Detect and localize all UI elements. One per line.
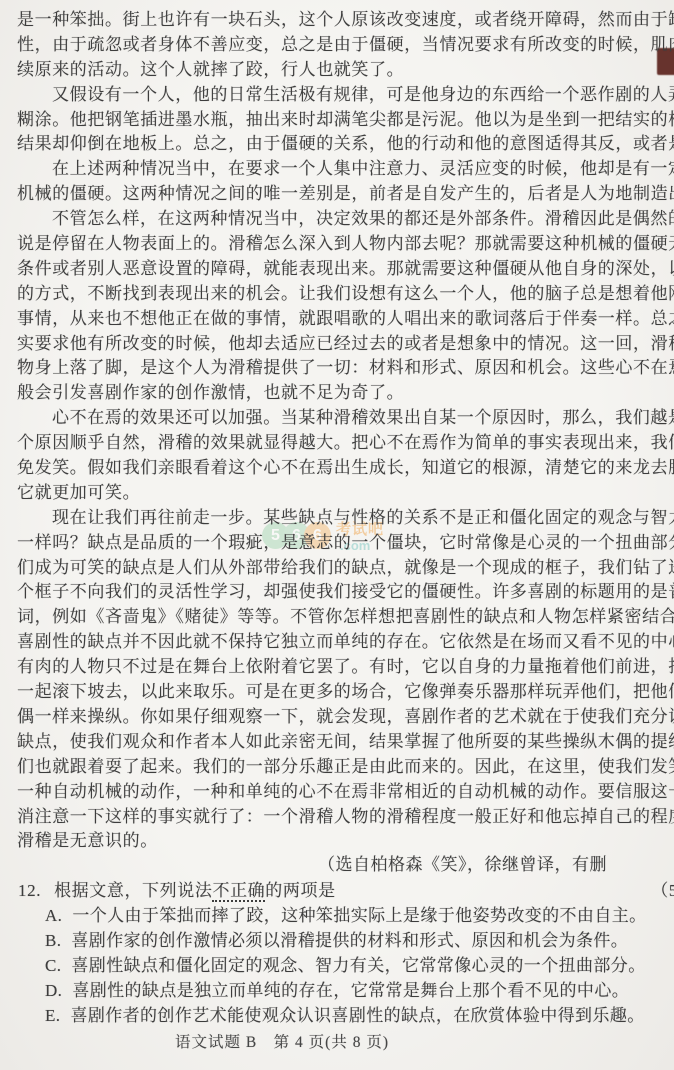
passage-line: 个原因顺乎自然，滑稽的效果就显得越大。把心不在焉作为简单的事实表现出来，我们已 [0, 431, 674, 456]
passage-line: 们也就跟着耍了起来。我们的一部分乐趣正是由此而来的。因此，在这里，使我们发笑的 [0, 755, 674, 780]
question-text-post: 的两项是 [265, 881, 335, 900]
option-row: A.一个人由于笨拙而摔了跤，这种笨拙实际上是缘于他姿势改变的不由自主。 [0, 903, 674, 928]
question-12: 12.根据文意，下列说法不正确的两项是 （5 [0, 878, 674, 903]
passage-line: 现在让我们再往前走一步。某些缺点与性格的关系不是正和僵化固定的观念与智力的 [0, 506, 674, 531]
question-text-pre: 根据文意，下列说法 [54, 881, 212, 900]
passage-line: 又假设有一个人，他的日常生活极有规律，可是他身边的东西给一个恶作剧的人弄得 [0, 83, 674, 108]
passage-line: 条件或者别人恶意设置的障碍，就能表现出来。那就需要这种僵硬从他自身的深处，以很 [0, 257, 674, 282]
passage-line: 结果却仰倒在地板上。总之，由于僵硬的关系，他的行动和他的意图适得其反，或者是处处… [0, 132, 674, 157]
option-row: C.喜剧性缺点和僵化固定的观念、智力有关，它常常像心灵的一个扭曲部分。 [0, 953, 674, 978]
passage-line: 糊涂。他把钢笔插进墨水瓶，抽出来时却满笔尖都是污泥。他以为是坐到一把结实的椅子 [0, 108, 674, 133]
passage-line: 一起滚下坡去，以此来取乐。可是在更多的场合，它像弹奏乐器那样玩弄他们，把他们当 [0, 680, 674, 705]
passage-line: 事情，从来也不想他正在做的事情，就跟唱歌的人唱出来的歌词落后于伴奏一样。总之， [0, 307, 674, 332]
option-label: A. [45, 906, 62, 925]
passage-line: 的方式，不断找到表现出来的机会。让我们设想有这么一个人，他的脑子总是想着他刚做 [0, 282, 674, 307]
option-row: D.喜剧性的缺点是独立而单纯的存在，它常常是舞台上那个看不见的中心。 [0, 978, 674, 1003]
question-number: 12. [0, 881, 41, 900]
option-text: 喜剧作者的创作艺术能使观众认识喜剧性的缺点，在欣赏体验中得到乐趣。 [70, 1006, 644, 1025]
passage-line: 一种自动机械的动作，一种和单纯的心不在焉非常相近的自动机械的动作。要信服这一点， [0, 780, 674, 805]
passage-line: 机械的僵硬。这两种情况之间的唯一差别是，前者是自发产生的，后者是人为地制造出来的 [0, 182, 674, 207]
option-text: 喜剧性的缺点是独立而单纯的存在，它常常是舞台上那个看不见的中心。 [72, 981, 629, 1000]
option-label: C. [45, 956, 61, 975]
passage-line: 缺点，使我们观众和作者本人如此亲密无间，结果掌握了他所耍的某些操纵木偶的提线， [0, 730, 674, 755]
passage-line: 性，由于疏忽或者身体不善应变，总之是由于僵硬，当情况要求有所改变的时候，肌肉还 [0, 33, 674, 58]
passage-line: 不管怎么样，在这两种情况当中，决定效果的都还是外部条件。滑稽因此是偶然的， [0, 207, 674, 232]
option-label: E. [45, 1006, 60, 1025]
options-list: A.一个人由于笨拙而摔了跤，这种笨拙实际上是缘于他姿势改变的不由自主。B.喜剧作… [0, 903, 674, 1028]
passage-line: 免发笑。假如我们亲眼看着这个心不在焉出生成长，知道它的根源，清楚它的来龙去脉， [0, 456, 674, 481]
passage-line: 是一种笨拙。街上也许有一块石头，这个人原该改变速度，或者绕开障碍，然而由于缺乏 [0, 8, 674, 33]
option-row: E.喜剧作者的创作艺术能使观众认识喜剧性的缺点，在欣赏体验中得到乐趣。 [0, 1003, 674, 1028]
scanned-exam-page: 5 6 6 考试吧 .com 是一种笨拙。街上也许有一块石头，这个人原该改变速度… [0, 0, 674, 1070]
passage-line: 喜剧性的缺点并不因此就不保持它独立而单纯的存在。它依然是在场而又看不见的中心， [0, 630, 674, 655]
passage-line: 它就更加可笑。 [0, 481, 674, 506]
passage-line: 消注意一下这样的事实就行了：一个滑稽人物的滑稽程度一般正好和他忘掉自己的程度相 [0, 805, 674, 830]
passage-line: 滑稽是无意识的。 [0, 829, 674, 854]
passage-text: 是一种笨拙。街上也许有一块石头，这个人原该改变速度，或者绕开障碍，然而由于缺乏性… [0, 8, 674, 854]
option-text: 一个人由于笨拙而摔了跤，这种笨拙实际上是缘于他姿势改变的不由自主。 [72, 906, 646, 925]
passage-line: 说是停留在人物表面上的。滑稽怎么深入到人物内部去呢？那就需要这种机械的僵硬无需 [0, 232, 674, 257]
passage-line: 实要求他有所改变的时候，他却去适应已经过去的或者是想象中的情况。这一回，滑稽就 [0, 332, 674, 357]
page-footer: 语文试题 B 第 4 页(共 8 页) [0, 1031, 619, 1055]
passage-line: 有肉的人物只不过是在舞台上依附着它罢了。有时，它以自身的力量拖着他们前进，拽着 [0, 655, 674, 680]
passage-line: 一样吗？缺点是品质的一个瑕疵，是意志的一个僵块，它时常像是心灵的一个扭曲部分。 [0, 531, 674, 556]
passage-line: 偶一样来操纵。你如果仔细观察一下，就会发现，喜剧作者的艺术就在于使我们充分认识 [0, 705, 674, 730]
option-label: B. [45, 931, 61, 950]
option-row: B.喜剧作家的创作激情必须以滑稽提供的材料和形式、原因和机会为条件。 [0, 928, 674, 953]
citation-line: （选自柏格森《笑》，徐继曾译，有删 [318, 852, 674, 877]
option-text: 喜剧作家的创作激情必须以滑稽提供的材料和形式、原因和机会为条件。 [71, 931, 628, 950]
option-label: D. [45, 981, 62, 1000]
passage-line: 个框子不向我们的灵活性学习，却强使我们接受它的僵硬性。许多喜剧的标题用的是普 [0, 580, 674, 605]
passage-line: 般会引发喜剧作家的创作激情，也就不足为奇了。 [0, 381, 674, 406]
passage-line: 们成为可笑的缺点是人们从外部带给我们的缺点，就像是一个现成的框子，我们钻了进去 [0, 556, 674, 581]
passage-line: 词，例如《吝啬鬼》《赌徒》等等。不管你怎样想把喜剧性的缺点和人物怎样紧密结合起 [0, 605, 674, 630]
passage-line: 在上述两种情况当中，在要求一个人集中注意力、灵活应变的时候，他却是有一定程 [0, 157, 674, 182]
passage-line: 续原来的活动。这个人就摔了跤，行人也就笑了。 [0, 58, 674, 83]
passage-line: 物身上落了脚，是这个人为滑稽提供了一切：材料和形式、原因和机会。这些心不在焉的 [0, 356, 674, 381]
option-text: 喜剧性缺点和僵化固定的观念、智力有关，它常常像心灵的一个扭曲部分。 [71, 956, 645, 975]
passage-line: 心不在焉的效果还可以加强。当某种滑稽效果出自某一个原因时，那么，我们越是觉 [0, 406, 674, 431]
question-emphasized-text: 不正确 [212, 881, 265, 902]
question-score: （5 [651, 878, 674, 903]
